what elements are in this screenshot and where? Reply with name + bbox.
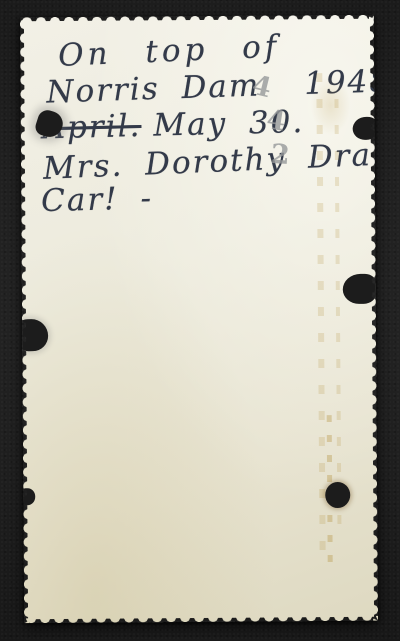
handwriting-line-5: Car! -: [41, 183, 154, 217]
card-paper: On top of Norris Dam1948 April.May 30. M…: [20, 15, 378, 623]
punch-hole-bottom-right: [325, 482, 350, 508]
edge-hole-right-top: [353, 117, 379, 140]
edge-notch-left-bottom: [20, 488, 35, 505]
edge-notch-left-middle: [16, 319, 48, 351]
handwriting-line-2: Norris Dam1948: [46, 66, 392, 108]
handwriting-norris-dam: Norris Dam: [46, 67, 261, 110]
pencil-digit-2: 4: [265, 106, 288, 136]
handwriting-line-1: On top of: [58, 32, 281, 72]
pencil-digit-3: 2: [270, 141, 290, 169]
photo-verso-card: On top of Norris Dam1948 April.May 30. M…: [20, 15, 378, 623]
scan-background: { "card": { "handwriting": { "line1": "O…: [0, 0, 400, 641]
edge-hole-right-middle: [343, 274, 377, 304]
handwriting-year: 1948: [304, 63, 392, 102]
